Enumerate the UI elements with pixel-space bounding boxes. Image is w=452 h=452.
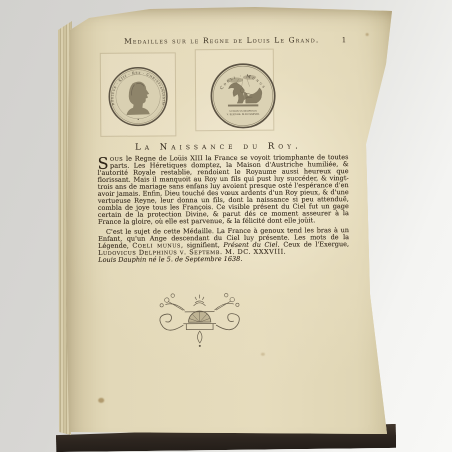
book-page: Medailles sur le Regne de Louis Le Grand…: [55, 4, 397, 452]
book-photo: Medailles sur le Regne de Louis Le Grand…: [0, 0, 452, 452]
foxing-spot: [98, 398, 104, 403]
text-segment: Ceux de l'Exergue,: [280, 240, 350, 248]
paragraph2-last-line: Louis Dauphin né le 5. de Septembre 1638…: [98, 255, 349, 264]
page-content: Medailles sur le Regne de Louis Le Grand…: [53, 3, 398, 452]
paragraph-medal-description: C'est le sujet de cette Médaille. La Fra…: [98, 227, 349, 257]
foxing-spot: [366, 33, 369, 36]
tailpiece-ornament: [147, 280, 252, 353]
paragraph-naissance: Sous le Regne de Loüis XIII la France se…: [97, 154, 348, 226]
medal-exergue-line2: v. Septemb. M.DC.XXXVIII.: [226, 113, 260, 116]
running-head: Medailles sur le Regne de Louis Le Grand…: [94, 35, 350, 46]
drop-cap: S: [97, 156, 110, 170]
medal-naissance-reverse: Coeli · Munus Ludovicus Delphinus v. Sep…: [210, 63, 276, 129]
body-text-block: Sous le Regne de Loüis XIII la France se…: [97, 154, 349, 263]
paragraph1-text: le Regne de Loüis XIII la France se voyo…: [98, 153, 349, 226]
medal-louis-xiii-obverse: Ludovicus · XIII · Rex · Christianissimu…: [108, 66, 168, 126]
page-number: 1: [342, 36, 347, 44]
foxing-spot: [261, 353, 265, 356]
section-title: La Naissance du Roy.: [90, 141, 346, 153]
